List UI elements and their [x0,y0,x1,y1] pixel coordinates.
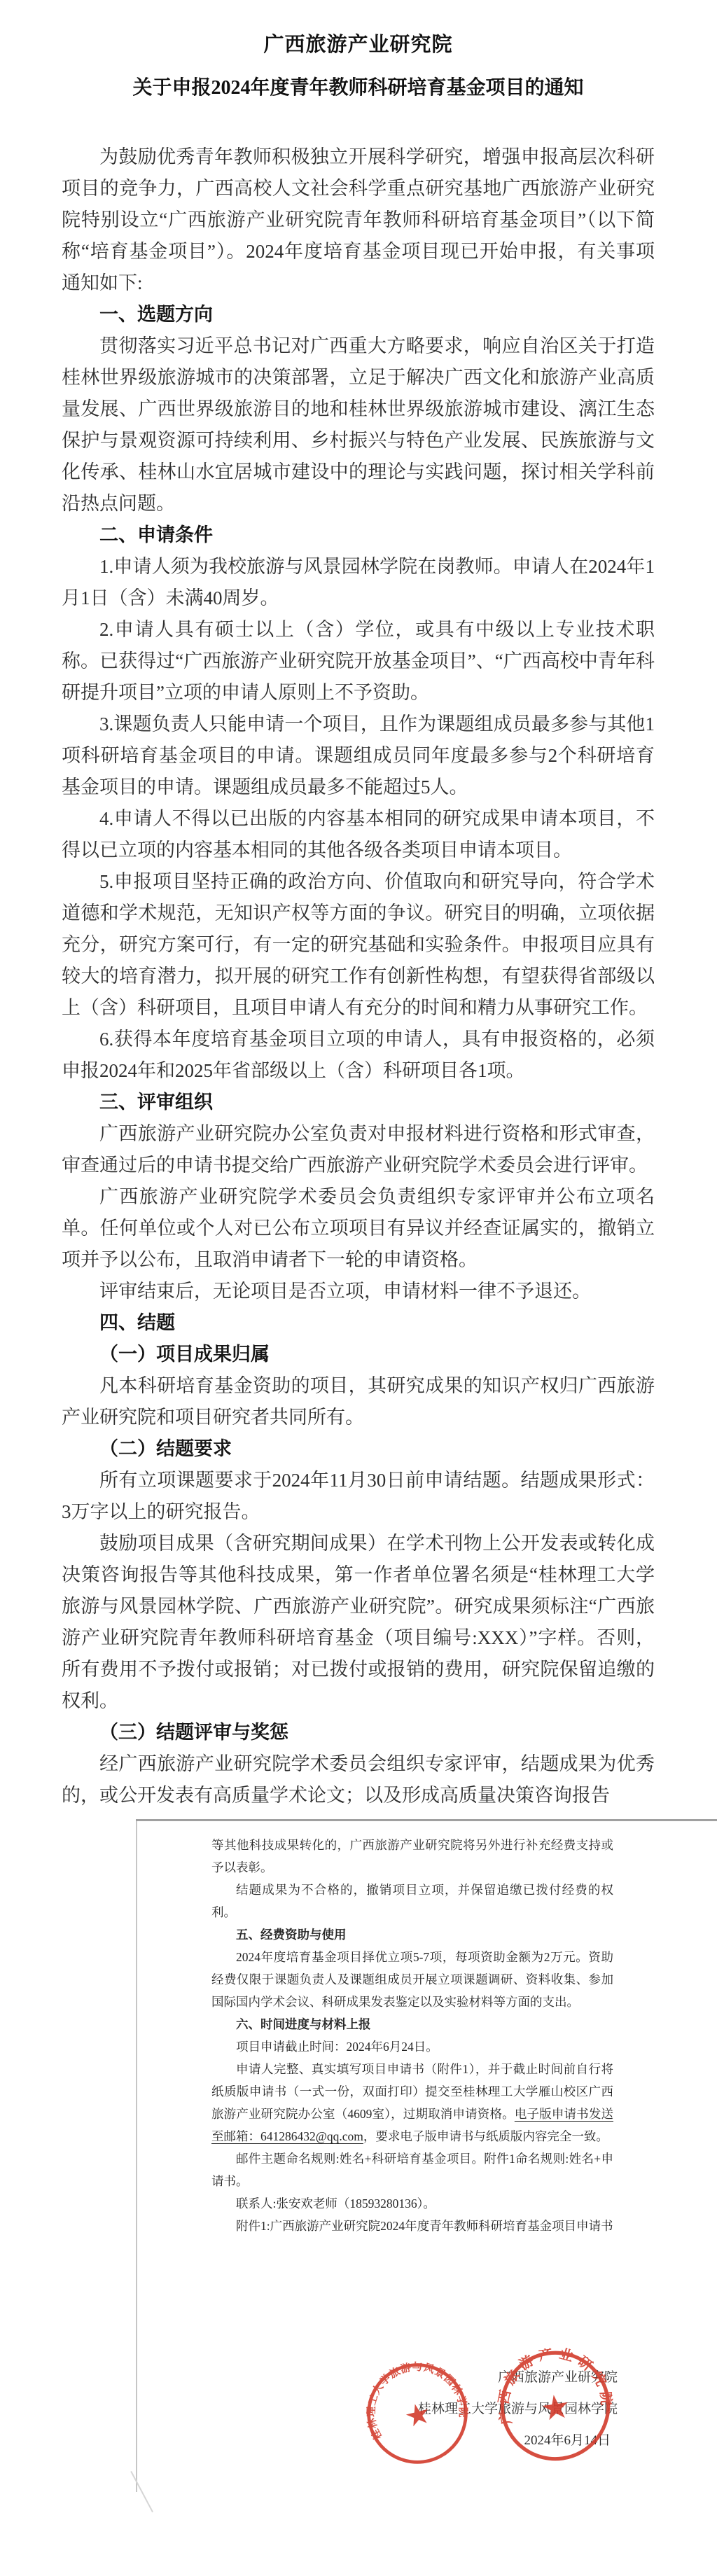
condition-3: 3.课题负责人只能申请一个项目，且作为课题组成员最多参与其他1项科研培育基金项目… [62,709,655,803]
notice-page-2-scan: 等其他科技成果转化的，广西旅游产业研究院将另外进行补充经费支持或予以表彰。 结题… [136,1819,717,2576]
heading-2-application-conditions: 二、申请条件 [62,520,655,551]
submission-instructions-paragraph: 申请人完整、真实填写项目申请书（附件1），并于截止时间前自行将纸质版申请书（一式… [211,2058,613,2147]
review-paragraph-2: 广西旅游产业研究院学术委员会负责组织专家评审并公布立项名单。任何单位或个人对已公… [62,1181,655,1276]
intro-paragraph: 为鼓励优秀青年教师积极独立开展科学研究，增强申报高层次科研项目的竞争力，广西高校… [62,141,655,299]
condition-4: 4.申请人不得以已出版的内容基本相同的研究成果申请本项目，不得以已立项的内容基本… [62,803,655,866]
paragraph-topic-direction: 贯彻落实习近平总书记对广西重大方略要求，响应自治区关于打造桂林世界级旅游城市的决… [62,330,655,520]
page-edge-shadow-left [136,1821,137,2492]
org-title: 广西旅游产业研究院 [62,31,655,59]
attachment-list-paragraph: 附件1:广西旅游产业研究院2024年度青年教师科研培育基金项目申请书 [211,2215,613,2237]
review-paragraph-1: 广西旅游产业研究院办公室负责对申报材料进行资格和形式审查，审查通过后的申请书提交… [62,1118,655,1181]
heading-6-schedule-and-materials: 六、时间进度与材料上报 [211,2013,613,2035]
heading-3-review-organization: 三、评审组织 [62,1087,655,1118]
review-paragraph-3: 评审结束后，无论项目是否立项，申请材料一律不予退还。 [62,1276,655,1307]
doc-title: 关于申报2024年度青年教师科研培育基金项目的通知 [62,74,655,102]
review-rewards-paragraph-part2: 等其他科技成果转化的，广西旅游产业研究院将另外进行补充经费支持或予以表彰。 [211,1834,613,1879]
signature-org-2: 桂林理工大学旅游与风景园林学院 [418,2393,618,2425]
contact-person-paragraph: 联系人:张安欢老师（18593280136）。 [211,2192,613,2215]
publication-requirements-paragraph: 鼓励项目成果（含研究期间成果）在学术刊物上公开发表或转化成决策咨询报告等其他科技… [62,1528,655,1717]
subheading-results-ownership: （一）项目成果归属 [62,1339,655,1370]
email-naming-rules-paragraph: 邮件主题命名规则:姓名+科研培育基金项目。附件1命名规则:姓名+申请书。 [211,2147,613,2192]
signature-date: 2024年6月14日 [418,2425,618,2456]
conclusion-deadline-paragraph: 所有立项课题要求于2024年11月30日前申请结题。结题成果形式：3万字以上的研… [62,1465,655,1528]
notice-page-1: 广西旅游产业研究院 关于申报2024年度青年教师科研培育基金项目的通知 为鼓励优… [0,0,717,1819]
review-rewards-paragraph-part1: 经广西旅游产业研究院学术委员会组织专家评审，结题成果为优秀的，或公开发表有高质量… [62,1748,655,1811]
scanned-notice-document: { "colors": { "seal_red": "#d23b2c", "in… [0,0,717,2576]
heading-5-funding-and-use: 五、经费资助与使用 [211,1923,613,1946]
page-2-text-block: 等其他科技成果转化的，广西旅游产业研究院将另外进行补充经费支持或予以表彰。 结题… [211,1834,613,2237]
submission-post-text: ，要求电子版申请书与纸质版内容完全一致。 [363,2129,608,2143]
signature-block: 广西旅游产业研究院 桂林理工大学旅游与风景园林学院 2024年6月14日 [418,2362,618,2456]
application-deadline-paragraph: 项目申请截止时间：2024年6月24日。 [211,2035,613,2058]
condition-1: 1.申请人须为我校旅游与风景园林学院在岗教师。申请人在2024年1月1日（含）未… [62,551,655,614]
condition-2: 2.申请人具有硕士以上（含）学位，或具有中级以上专业技术职称。已获得过“广西旅游… [62,614,655,709]
unqualified-results-paragraph: 结题成果为不合格的，撤销项目立项，并保留追缴已拨付经费的权利。 [211,1879,613,1923]
condition-6: 6.获得本年度培育基金项目立项的申请人，具有申报资格的，必须申报2024年和20… [62,1024,655,1087]
heading-4-conclusion: 四、结题 [62,1307,655,1339]
heading-1-topic-direction: 一、选题方向 [62,299,655,330]
funding-paragraph: 2024年度培育基金项目择优立项5-7项，每项资助金额为2万元。资助经费仅限于课… [211,1946,613,2013]
subheading-conclusion-requirements: （二）结题要求 [62,1433,655,1465]
signature-org-1: 广西旅游产业研究院 [418,2362,618,2393]
condition-5: 5.申报项目坚持正确的政治方向、价值取向和研究导向，符合学术道德和学术规范，无知… [62,866,655,1024]
page-corner-curl-shadow [130,2471,153,2512]
subheading-review-rewards: （三）结题评审与奖惩 [62,1717,655,1748]
results-ownership-paragraph: 凡本科研培育基金资助的项目，其研究成果的知识产权归广西旅游产业研究院和项目研究者… [62,1370,655,1433]
